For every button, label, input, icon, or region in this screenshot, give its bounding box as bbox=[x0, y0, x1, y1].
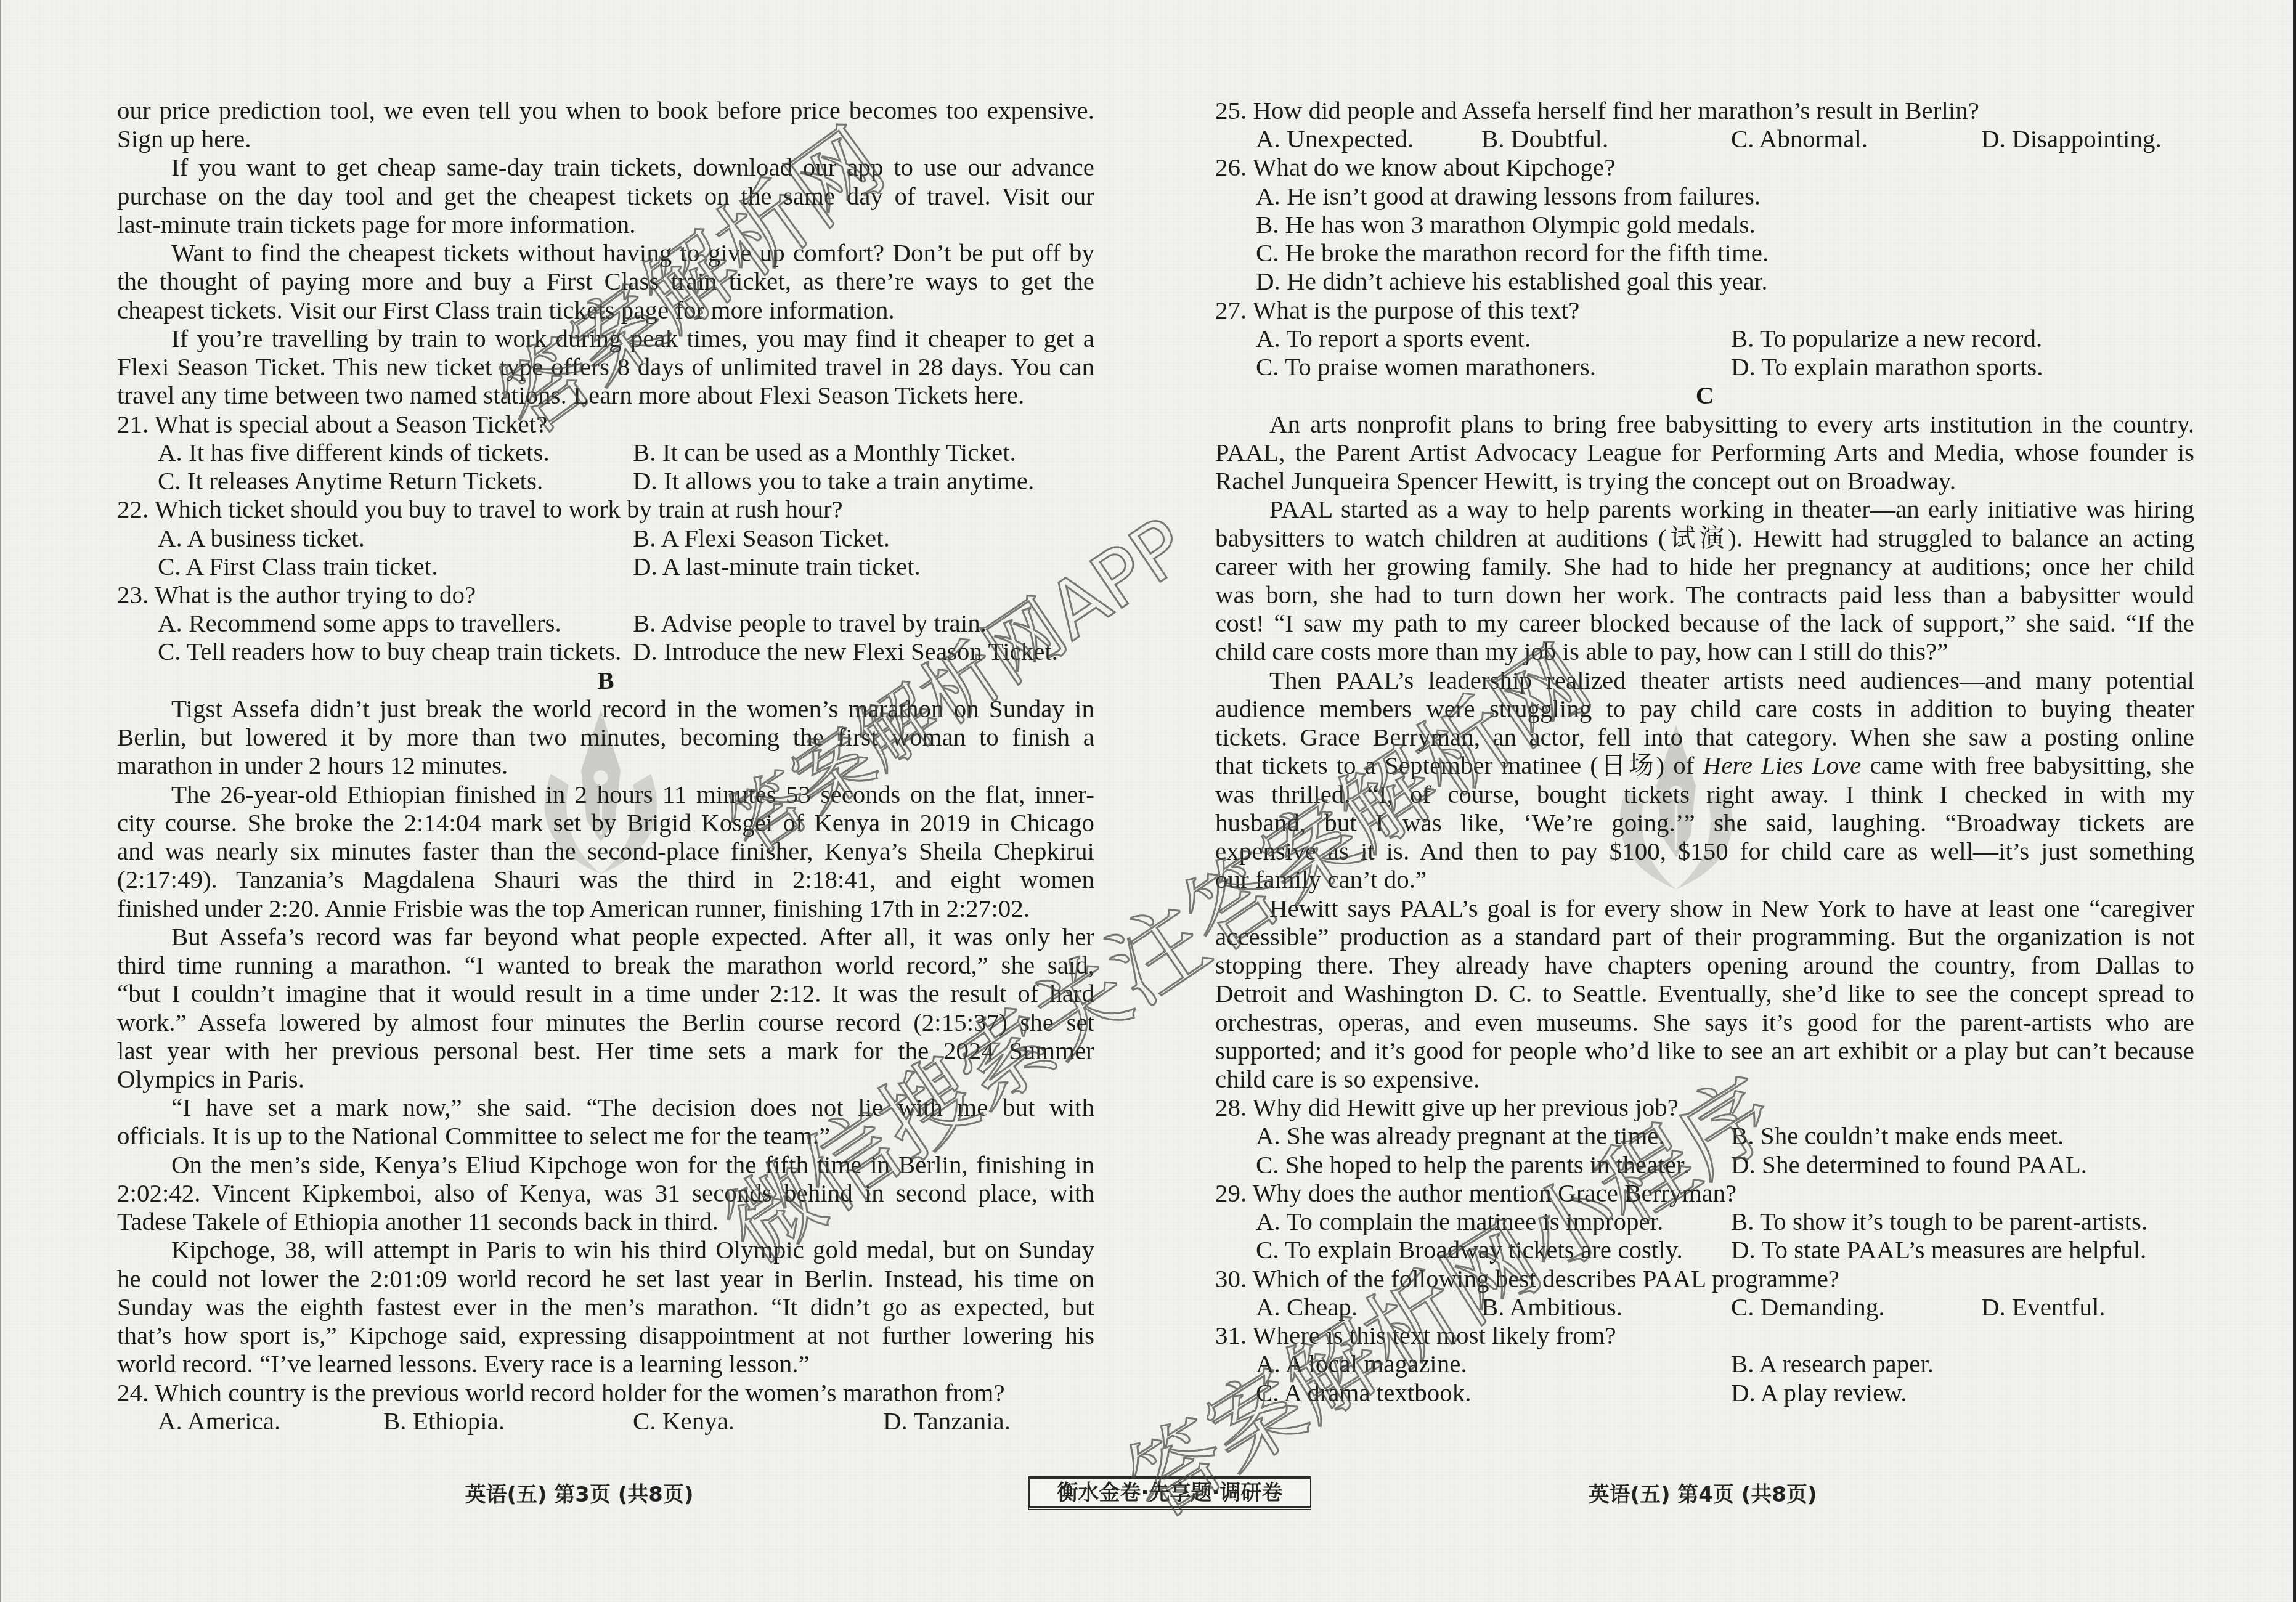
question-stem: 26. What do we know about Kipchoge? bbox=[1215, 153, 2194, 181]
answer-option: A. Unexpected. bbox=[1256, 124, 1414, 153]
options-row: C. Tell readers how to buy cheap train t… bbox=[117, 637, 1094, 665]
text-line: Berlin, but lowered it by more than two … bbox=[117, 723, 1094, 751]
answer-option: C. Abnormal. bbox=[1731, 124, 1868, 153]
text-line: city course. She broke the 2:14:04 mark … bbox=[117, 808, 1094, 837]
text-line: last year with her previous personal bes… bbox=[117, 1036, 1094, 1065]
text-line: accessible” production as a standard par… bbox=[1215, 922, 2194, 951]
answer-option: B. She couldn’t make ends meet. bbox=[1731, 1121, 2064, 1150]
text-line: tickets. Grace Berryman, an actor, fell … bbox=[1215, 723, 2194, 751]
question-item: 22. Which ticket should you buy to trave… bbox=[117, 495, 1094, 580]
text-line: Detroit and Washington D. C. to Seattle.… bbox=[1215, 979, 2194, 1007]
text-line: The 26-year-old Ethiopian finished in 2 … bbox=[117, 780, 1094, 808]
text-line: supported; and it’s good for people who’… bbox=[1215, 1036, 2194, 1065]
answer-option: D. Eventful. bbox=[1981, 1293, 2106, 1321]
paragraph: If you want to get cheap same-day train … bbox=[117, 153, 1094, 238]
text-line: our price prediction tool, we even tell … bbox=[117, 96, 1094, 124]
paragraph: On the men’s side, Kenya’s Eliud Kipchog… bbox=[117, 1150, 1094, 1236]
options-row: C. To explain Broadway tickets are costl… bbox=[1215, 1235, 2194, 1264]
text-line: was born, she had to turn down her work.… bbox=[1215, 580, 2194, 609]
answer-option: A. Recommend some apps to travellers. bbox=[158, 609, 561, 637]
paragraph: The 26-year-old Ethiopian finished in 2 … bbox=[117, 780, 1094, 922]
answer-option: B. It can be used as a Monthly Ticket. bbox=[633, 438, 1016, 466]
options-row: A. It has five different kinds of ticket… bbox=[117, 438, 1094, 466]
text-line: orchestras, operas, and even museums. Sh… bbox=[1215, 1008, 2194, 1036]
text-line: Then PAAL’s leadership realized theater … bbox=[1215, 666, 2194, 694]
page-number-left: 英语(五) 第3页 (共8页) bbox=[431, 1479, 727, 1511]
answer-option: C. It releases Anytime Return Tickets. bbox=[158, 466, 543, 495]
text-line: (2:17:49). Tanzania’s Magdalena Shauri w… bbox=[117, 865, 1094, 893]
text-line: PAAL started as a way to help parents wo… bbox=[1215, 495, 2194, 523]
text-line: Kipchoge, 38, will attempt in Paris to w… bbox=[117, 1235, 1094, 1264]
text-line: finished under 2:20. Annie Frisbie was t… bbox=[117, 894, 1094, 922]
paragraph: Kipchoge, 38, will attempt in Paris to w… bbox=[117, 1235, 1094, 1378]
text-line: the thought of paying more and buy a Fir… bbox=[117, 267, 1094, 295]
answer-option: B. Ethiopia. bbox=[383, 1407, 505, 1435]
options-row: A. To report a sports event.B. To popula… bbox=[1215, 324, 2194, 352]
scan-edge-left bbox=[0, 0, 1, 1602]
answer-option: D. To explain marathon sports. bbox=[1731, 352, 2043, 381]
scan-edge-right bbox=[2293, 0, 2296, 1602]
text-line: third time running a marathon. “I wanted… bbox=[117, 951, 1094, 979]
text-line: world record. “I’ve learned lessons. Eve… bbox=[117, 1349, 1094, 1378]
options-row: A. A business ticket.B. A Flexi Season T… bbox=[117, 524, 1094, 552]
text-line: expensive as it is. And then to pay $100… bbox=[1215, 837, 2194, 865]
text-line: marathon in under 2 hours 12 minutes. bbox=[117, 751, 1094, 779]
text-line: 2:02:42. Vincent Kipkemboi, also of Keny… bbox=[117, 1179, 1094, 1207]
page-number-right: 英语(五) 第4页 (共8页) bbox=[1555, 1479, 1850, 1511]
question-stem: 22. Which ticket should you buy to trave… bbox=[117, 495, 1094, 523]
text-line: Sign up here. bbox=[117, 124, 1094, 153]
answer-option: C. To explain Broadway tickets are costl… bbox=[1256, 1235, 1683, 1264]
paragraph: our price prediction tool, we even tell … bbox=[117, 96, 1094, 153]
answer-option: B. To show it’s tough to be parent-artis… bbox=[1731, 1207, 2147, 1235]
answer-option: D. Tanzania. bbox=[883, 1407, 1011, 1435]
options-row: A. A local magazine.B. A research paper. bbox=[1215, 1349, 2194, 1378]
text-line: Flexi Season Ticket. This new ticket typ… bbox=[117, 352, 1094, 381]
text-segment: that tickets to a September matinee (日场)… bbox=[1215, 751, 1703, 779]
text-line: stopping there. They already have chapte… bbox=[1215, 951, 2194, 979]
question-stem: 28. Why did Hewitt give up her previous … bbox=[1215, 1093, 2194, 1121]
question-item: 31. Where is this text most likely from?… bbox=[1215, 1321, 2194, 1407]
answer-option: B. He has won 3 marathon Olympic gold me… bbox=[1256, 210, 1756, 238]
left-page-column: our price prediction tool, we even tell … bbox=[117, 96, 1094, 1435]
question-item: 21. What is special about a Season Ticke… bbox=[117, 410, 1094, 495]
paragraph: An arts nonprofit plans to bring free ba… bbox=[1215, 410, 2194, 495]
text-line: that’s how sport is,” Kipchoge said, exp… bbox=[117, 1321, 1094, 1349]
text-line: officials. It is up to the National Comm… bbox=[117, 1121, 1094, 1150]
paragraph: PAAL started as a way to help parents wo… bbox=[1215, 495, 2194, 665]
paragraph: Hewitt says PAAL’s goal is for every sho… bbox=[1215, 894, 2194, 1094]
paragraph: Then PAAL’s leadership realized theater … bbox=[1215, 666, 2194, 894]
options-row: D. He didn’t achieve his established goa… bbox=[1215, 267, 2194, 295]
answer-option: D. A play review. bbox=[1731, 1378, 1907, 1407]
answer-option: D. Disappointing. bbox=[1981, 124, 2162, 153]
text-line: babysitters to watch children at auditio… bbox=[1215, 524, 2194, 552]
text-line: last-minute train tickets page for more … bbox=[117, 210, 1094, 238]
text-line: Rachel Junqueira Spencer Hewitt, is tryi… bbox=[1215, 466, 2194, 495]
answer-option: A. It has five different kinds of ticket… bbox=[158, 438, 550, 466]
question-stem: 29. Why does the author mention Grace Be… bbox=[1215, 1179, 2194, 1207]
options-row: C. A First Class train ticket.D. A last-… bbox=[117, 552, 1094, 580]
italic-title: Here Lies Love bbox=[1703, 751, 1862, 779]
answer-option: B. Advise people to travel by train. bbox=[633, 609, 987, 637]
answer-option: D. She determined to found PAAL. bbox=[1731, 1150, 2087, 1179]
options-row: A. He isn’t good at drawing lessons from… bbox=[1215, 182, 2194, 210]
options-row: B. He has won 3 marathon Olympic gold me… bbox=[1215, 210, 2194, 238]
text-line: child care costs more than my job is abl… bbox=[1215, 637, 2194, 665]
section-heading: C bbox=[1215, 381, 2194, 409]
answer-option: A. To report a sports event. bbox=[1256, 324, 1531, 352]
question-stem: 27. What is the purpose of this text? bbox=[1215, 296, 2194, 324]
text-line: Olympics in Paris. bbox=[117, 1065, 1094, 1093]
question-item: 30. Which of the following best describe… bbox=[1215, 1264, 2194, 1321]
text-line: But Assefa’s record was far beyond what … bbox=[117, 922, 1094, 951]
answer-option: C. Tell readers how to buy cheap train t… bbox=[158, 637, 621, 665]
text-line: An arts nonprofit plans to bring free ba… bbox=[1215, 410, 2194, 438]
options-row: C. A drama textbook.D. A play review. bbox=[1215, 1378, 2194, 1407]
text-line: PAAL, the Parent Artist Advocacy League … bbox=[1215, 438, 2194, 466]
text-line: child care is so expensive. bbox=[1215, 1065, 2194, 1093]
answer-option: C. Kenya. bbox=[633, 1407, 735, 1435]
answer-option: A. To complain the matinee is improper. bbox=[1256, 1207, 1663, 1235]
text-line: our family can’t do.” bbox=[1215, 865, 2194, 893]
answer-option: B. Doubtful. bbox=[1481, 124, 1608, 153]
question-item: 29. Why does the author mention Grace Be… bbox=[1215, 1179, 2194, 1264]
question-stem: 21. What is special about a Season Ticke… bbox=[117, 410, 1094, 438]
text-line: cheapest tickets. Visit our First Class … bbox=[117, 296, 1094, 324]
answer-option: A. A local magazine. bbox=[1256, 1349, 1467, 1378]
text-line: career with her growing family. She had … bbox=[1215, 552, 2194, 580]
answer-option: A. America. bbox=[158, 1407, 280, 1435]
text-segment: came with free babysitting, she bbox=[1861, 751, 2194, 779]
paragraph: Want to find the cheapest tickets withou… bbox=[117, 238, 1094, 324]
exam-brand-badge: 衡水金卷·先享题·调研卷 bbox=[1028, 1476, 1311, 1510]
question-stem: 25. How did people and Assefa herself fi… bbox=[1215, 96, 2194, 124]
options-row: A. To complain the matinee is improper.B… bbox=[1215, 1207, 2194, 1235]
options-row: A. She was already pregnant at the time.… bbox=[1215, 1121, 2194, 1150]
text-line: purchase on the day tool and get the che… bbox=[117, 182, 1094, 210]
options-row: C. He broke the marathon record for the … bbox=[1215, 238, 2194, 267]
text-line: was thrilled. “I, of course, bought tick… bbox=[1215, 780, 2194, 808]
answer-option: B. A research paper. bbox=[1731, 1349, 1934, 1378]
text-line: travel any time between two named statio… bbox=[117, 381, 1094, 409]
text-line: “I have set a mark now,” she said. “The … bbox=[117, 1093, 1094, 1121]
options-row: A. America.B. Ethiopia.C. Kenya.D. Tanza… bbox=[117, 1407, 1094, 1435]
answer-option: D. It allows you to take a train anytime… bbox=[633, 466, 1034, 495]
answer-option: C. Demanding. bbox=[1731, 1293, 1884, 1321]
paragraph: But Assefa’s record was far beyond what … bbox=[117, 922, 1094, 1093]
answer-option: A. A business ticket. bbox=[158, 524, 365, 552]
answer-option: D. Introduce the new Flexi Season Ticket… bbox=[633, 637, 1058, 665]
answer-option: C. A First Class train ticket. bbox=[158, 552, 438, 580]
text-line: If you’re travelling by train to work du… bbox=[117, 324, 1094, 352]
options-row: C. To praise women marathoners.D. To exp… bbox=[1215, 352, 2194, 381]
answer-option: C. To praise women marathoners. bbox=[1256, 352, 1596, 381]
answer-option: A. He isn’t good at drawing lessons from… bbox=[1256, 182, 1761, 210]
answer-option: B. Ambitious. bbox=[1481, 1293, 1622, 1321]
text-line: he could not lower the 2:01:09 world rec… bbox=[117, 1264, 1094, 1293]
section-heading: B bbox=[117, 666, 1094, 694]
answer-option: C. He broke the marathon record for the … bbox=[1256, 238, 1769, 267]
answer-option: B. A Flexi Season Ticket. bbox=[633, 524, 890, 552]
text-line: Want to find the cheapest tickets withou… bbox=[117, 238, 1094, 267]
question-item: 23. What is the author trying to do?A. R… bbox=[117, 580, 1094, 666]
text-line: If you want to get cheap same-day train … bbox=[117, 153, 1094, 181]
question-stem: 24. Which country is the previous world … bbox=[117, 1378, 1094, 1407]
paragraph: If you’re travelling by train to work du… bbox=[117, 324, 1094, 410]
question-stem: 30. Which of the following best describe… bbox=[1215, 1264, 2194, 1293]
text-line: that tickets to a September matinee (日场)… bbox=[1215, 751, 2194, 779]
text-line: audience members were struggling to pay … bbox=[1215, 694, 2194, 723]
text-line: Hewitt says PAAL’s goal is for every sho… bbox=[1215, 894, 2194, 922]
question-item: 28. Why did Hewitt give up her previous … bbox=[1215, 1093, 2194, 1179]
answer-option: B. To popularize a new record. bbox=[1731, 324, 2042, 352]
options-row: A. Recommend some apps to travellers.B. … bbox=[117, 609, 1094, 637]
text-line: Sunday was the eighth fastest ever in th… bbox=[117, 1293, 1094, 1321]
answer-option: A. She was already pregnant at the time. bbox=[1256, 1121, 1665, 1150]
right-page-column: 25. How did people and Assefa herself fi… bbox=[1215, 96, 2194, 1407]
text-line: On the men’s side, Kenya’s Eliud Kipchog… bbox=[117, 1150, 1094, 1179]
text-line: and was nearly six minutes faster than t… bbox=[117, 837, 1094, 865]
question-item: 25. How did people and Assefa herself fi… bbox=[1215, 96, 2194, 153]
paragraph: “I have set a mark now,” she said. “The … bbox=[117, 1093, 1094, 1150]
question-item: 27. What is the purpose of this text?A. … bbox=[1215, 296, 2194, 381]
paragraph: Tigst Assefa didn’t just break the world… bbox=[117, 694, 1094, 780]
text-line: Tigst Assefa didn’t just break the world… bbox=[117, 694, 1094, 723]
options-row: C. It releases Anytime Return Tickets.D.… bbox=[117, 466, 1094, 495]
text-line: Tadese Takele of Ethiopia another 11 sec… bbox=[117, 1207, 1094, 1235]
options-row: C. She hoped to help the parents in thea… bbox=[1215, 1150, 2194, 1179]
question-stem: 23. What is the author trying to do? bbox=[117, 580, 1094, 609]
text-line: work.” Assefa lowered by almost four min… bbox=[117, 1008, 1094, 1036]
answer-option: C. She hoped to help the parents in thea… bbox=[1256, 1150, 1690, 1179]
answer-option: D. To state PAAL’s measures are helpful. bbox=[1731, 1235, 2146, 1264]
answer-option: C. A drama textbook. bbox=[1256, 1378, 1472, 1407]
question-item: 24. Which country is the previous world … bbox=[117, 1378, 1094, 1435]
text-line: husband, but I was like, ‘We’re going.’”… bbox=[1215, 808, 2194, 837]
options-row: A. Unexpected.B. Doubtful.C. Abnormal.D.… bbox=[1215, 124, 2194, 153]
text-line: cost! “I saw my path to my career blocke… bbox=[1215, 609, 2194, 637]
question-stem: 31. Where is this text most likely from? bbox=[1215, 1321, 2194, 1349]
answer-option: D. He didn’t achieve his established goa… bbox=[1256, 267, 1767, 295]
answer-option: A. Cheap. bbox=[1256, 1293, 1358, 1321]
question-item: 26. What do we know about Kipchoge?A. He… bbox=[1215, 153, 2194, 295]
text-line: “but I couldn’t imagine that it would re… bbox=[117, 979, 1094, 1007]
answer-option: D. A last-minute train ticket. bbox=[633, 552, 921, 580]
options-row: A. Cheap.B. Ambitious.C. Demanding.D. Ev… bbox=[1215, 1293, 2194, 1321]
